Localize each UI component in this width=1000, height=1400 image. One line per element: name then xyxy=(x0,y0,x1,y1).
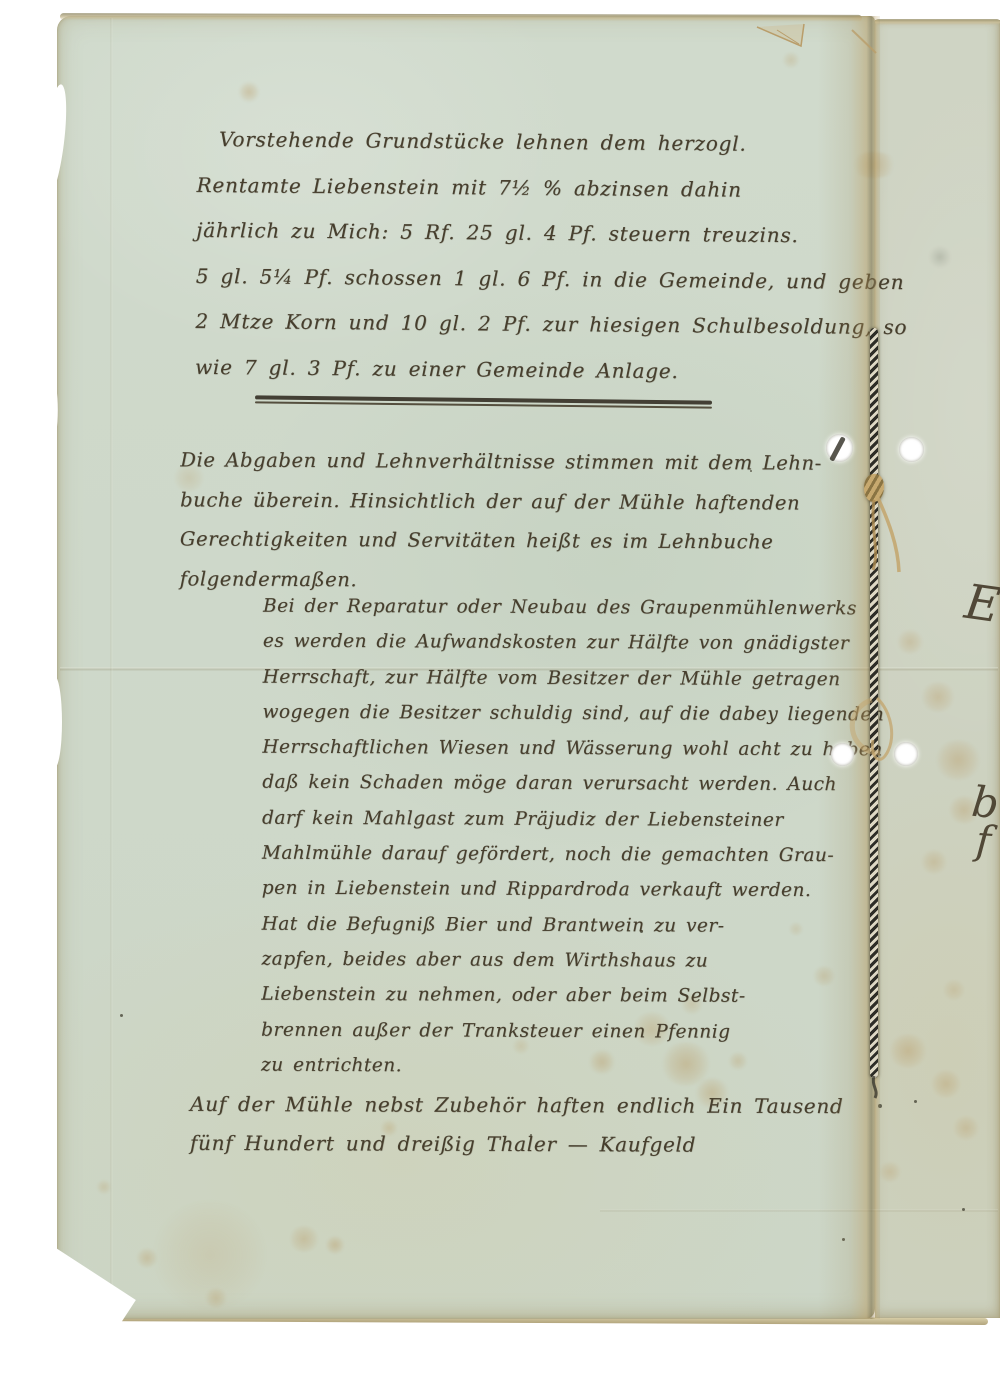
cutoff-writing: f xyxy=(974,818,992,865)
document-scan-background: Vorstehende Grundstücke lehnen dem herzo… xyxy=(0,0,1000,1400)
handwritten-paragraph-1: Vorstehende Grundstücke lehnen dem herzo… xyxy=(195,117,909,396)
handwritten-paragraph-3-indented: Bei der Reparatur oder Neubau des Graupe… xyxy=(261,589,885,1086)
manuscript-line: Bei der Reparatur oder Neubau des Graupe… xyxy=(263,589,885,627)
punch-hole xyxy=(899,437,924,462)
manuscript-line: 2 Mtze Korn und 10 gl. 2 Pf. zur hiesige… xyxy=(195,299,907,351)
manuscript-line: zu entrichten. xyxy=(261,1048,883,1086)
manuscript-line: 5 gl. 5¼ Pf. schossen 1 gl. 6 Pf. in die… xyxy=(196,253,908,305)
manuscript-line: jährlich zu Mich: 5 Rf. 25 gl. 4 Pf. ste… xyxy=(196,208,908,260)
punch-hole xyxy=(894,742,918,766)
manuscript-line: daß kein Schaden möge daran verursacht w… xyxy=(262,765,884,803)
manuscript-line: wie 7 gl. 3 Pf. zu einer Gemeinde Anlage… xyxy=(195,344,907,396)
punch-hole xyxy=(831,743,854,766)
thread-shadow-in-hole xyxy=(829,436,846,461)
manuscript-line: brennen außer der Tranksteuer einen Pfen… xyxy=(261,1012,883,1050)
manuscript-line: Die Abgaben und Lehnverhältnisse stimmen… xyxy=(180,440,822,483)
manuscript-line: Liebenstein zu nehmen, oder aber beim Se… xyxy=(261,977,883,1015)
manuscript-line: Gerechtigkeiten und Servitäten heißt es … xyxy=(180,519,822,562)
cutoff-writing: E xyxy=(961,574,1000,634)
manuscript-line: es werden die Aufwandskosten zur Hälfte … xyxy=(263,624,885,662)
manuscript-line: fünf Hundert und dreißig Thaler — Kaufge… xyxy=(190,1124,844,1165)
manuscript-line: Hat die Befugniß Bier und Brantwein zu v… xyxy=(262,906,884,944)
manuscript-line: Auf der Mühle nebst Zubehör haften endli… xyxy=(190,1085,844,1126)
manuscript-line: darf kein Mahlgast zum Präjudiz der Lieb… xyxy=(262,800,884,838)
manuscript-line: Vorstehende Grundstücke lehnen dem herzo… xyxy=(197,117,909,169)
manuscript-line: Mahlmühle darauf gefördert, noch die gem… xyxy=(262,836,884,874)
binding-thread xyxy=(870,328,878,1078)
manuscript-line: Herrschaftlichen Wiesen und Wässerung wo… xyxy=(262,730,884,768)
manuscript-line: Herrschaft, zur Hälfte vom Besitzer der … xyxy=(263,659,885,697)
manuscript-line: Rentamte Liebenstein mit 7½ % abzinsen d… xyxy=(196,162,908,214)
punch-hole xyxy=(826,434,853,462)
manuscript-line: buche überein. Hinsichtlich der auf der … xyxy=(180,480,822,523)
manuscript-line: wogegen die Besitzer schuldig sind, auf … xyxy=(262,695,884,733)
handwritten-paragraph-4: Auf der Mühle nebst Zubehör haften endli… xyxy=(190,1085,844,1165)
manuscript-line: zapfen, beides aber aus dem Wirthshaus z… xyxy=(261,942,883,980)
manuscript-line: pen in Liebenstein und Rippardroda verka… xyxy=(262,871,884,909)
handwritten-paragraph-2: Die Abgaben und Lehnverhältnisse stimmen… xyxy=(180,440,822,601)
